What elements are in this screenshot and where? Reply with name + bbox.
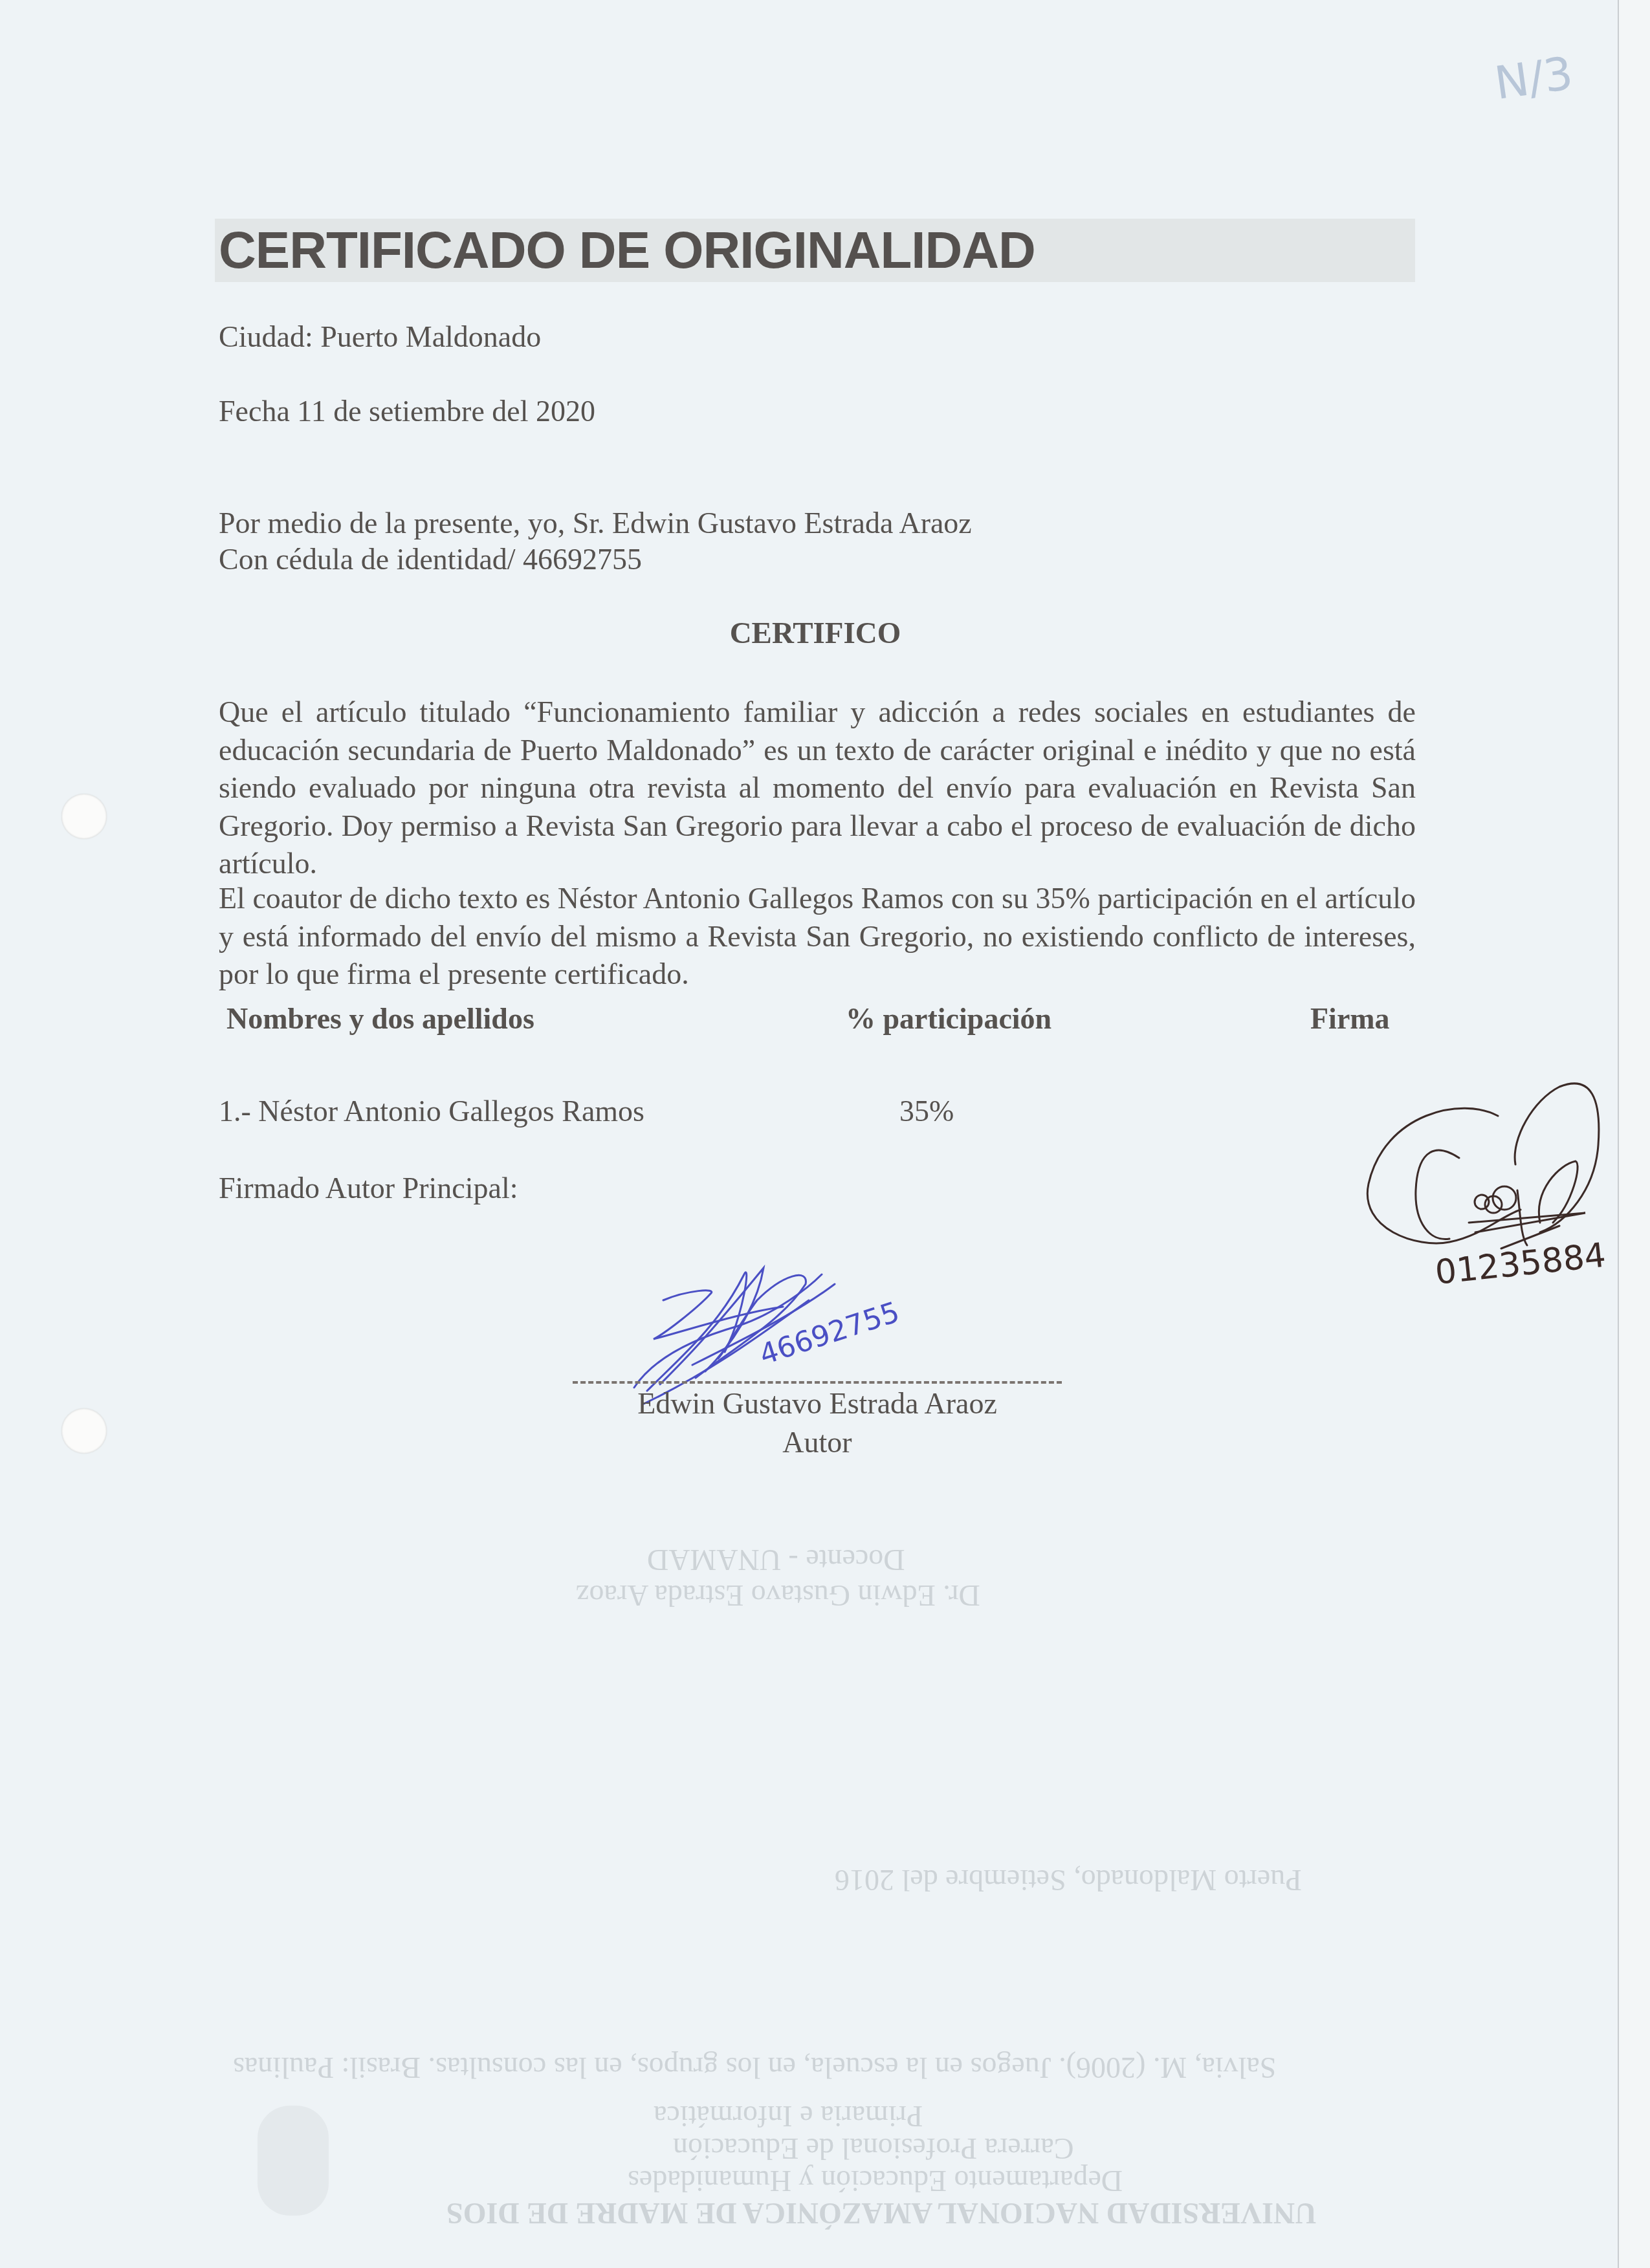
punch-hole [61, 1408, 107, 1454]
signed-label: Firmado Autor Principal: [219, 1170, 518, 1207]
document-title: CERTIFICADO DE ORIGINALIDAD [219, 219, 1035, 282]
table-header-percent: % participación [846, 1001, 1051, 1036]
bleed-text: Salvia, M. (2006). Juegos en la escuela,… [233, 2051, 1276, 2085]
table-row-name: 1.- Néstor Antonio Gallegos Ramos [219, 1094, 644, 1128]
bleed-text: Primaria e Informática [654, 2099, 923, 2133]
intro-line-1: Por medio de la presente, yo, Sr. Edwin … [219, 505, 972, 542]
intro-line-2: Con cédula de identidad/ 46692755 [219, 541, 642, 578]
bleed-text: Dr. Edwin Gustavo Estrada Araoz [576, 1578, 980, 1613]
bleed-text: Docente - UNAMAD [647, 1543, 905, 1577]
paragraph-article: Que el artículo titulado “Funcionamiento… [219, 693, 1416, 883]
table-header-name: Nombres y dos apellidos [226, 1001, 534, 1036]
coauthor-signature: 01235884 [1346, 1061, 1650, 1320]
table-header-signature: Firma [1310, 1001, 1390, 1036]
bleed-text: Puerto Maldonado, Setiembre del 2016 [835, 1863, 1302, 1897]
punch-hole [61, 794, 107, 839]
author-name: Edwin Gustavo Estrada Araoz [573, 1386, 1062, 1421]
coauthor-signature-id: 01235884 [1433, 1236, 1607, 1292]
bleed-text: Carrera Profesional de Educación [673, 2132, 1073, 2166]
paragraph-coauthor: El coautor de dicho texto es Néstor Anto… [219, 880, 1416, 994]
signature-line [573, 1381, 1062, 1384]
city-line: Ciudad: Puerto Maldonado [219, 318, 541, 356]
bleed-text: Departamento Educación y Humanidades [628, 2164, 1123, 2198]
bleed-text: UNIVERSIDAD NACIONAL AMAZÓNICA DE MADRE … [446, 2196, 1316, 2230]
table-row-percent: 35% [899, 1094, 954, 1128]
author-role: Autor [573, 1425, 1062, 1459]
date-line: Fecha 11 de setiembre del 2020 [219, 393, 595, 430]
corner-note: N/3 [1491, 47, 1576, 110]
bleed-logo [258, 2106, 329, 2216]
certifico-heading: CERTIFICO [0, 616, 1631, 651]
